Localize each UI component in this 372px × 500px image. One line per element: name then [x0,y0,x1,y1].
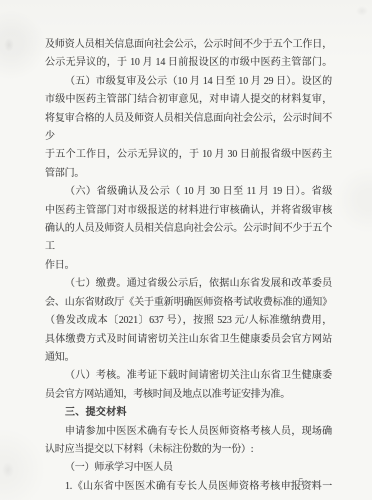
document-line: 确认的人员及师资人员相关信息向社会公示。公示时间不少于五个工 [45,220,332,257]
page-number: — 5 — [284,477,319,488]
document-line: 中医药主管部门对市级报送的材料进行审核确认，并将省级审核 [45,202,332,220]
document-line: （六）省级确认及公示（ 10 月 30 日至 11 月 19 日）。省级 [45,183,332,201]
section-heading: 三、提交材料 [45,404,332,422]
document-line: 将复审合格的人员及师资人员相关信息面向社会公示，公示时间不少 [45,110,332,147]
document-line: 通知。 [45,349,332,367]
document-line: 公示无异议的，于 10 月 14 日前报设区的市级中医药主管部门。 [45,54,332,72]
document-body: 及师资人员相关信息面向社会公示，公示时间不少于五个工作日，公示无异议的，于 10… [45,36,332,496]
document-line: （八）考核。准考证下载时间请密切关注山东省卫生健康委 [45,367,332,385]
document-line: （七）缴费。通过省级公示后，依据山东省发展和改革委员 [45,275,332,293]
document-line: 认时应当提交以下材料（未标注份数的为一份）: [45,441,332,459]
document-line: （鲁发改成本〔2021〕637 号），按照 523 元/人标准缴纳费用， [45,312,332,330]
document-line: 具体缴费方式及时间请密切关注山东省卫生健康委员会官方网站 [45,331,332,349]
document-line: （五）市级复审及公示（10 月 14 日至 10 月 29 日）。设区的 [45,73,332,91]
document-line: 于五个工作日，公示无异议的，于 10 月 30 日前报省级中医药主 [45,146,332,164]
document-line: 会、山东省财政厅《关于重新明确医师资格考试收费标准的通知》 [45,294,332,312]
document-line: 作日。 [45,257,332,275]
scan-smudge [356,6,368,16]
document-line: 市级中医药主管部门结合初审意见，对申请人提交的材料复审， [45,91,332,109]
scan-smudge [4,38,14,52]
document-line: 及师资人员相关信息面向社会公示，公示时间不少于五个工作日， [45,36,332,54]
document-line: 管部门。 [45,165,332,183]
document-line: （一）师承学习中医人员 [45,459,332,477]
document-line: 员会官方网站通知，考核时间及地点以准考证安排为准。 [45,386,332,404]
scan-smudge [2,462,14,478]
document-line: 申请参加中医医术确有专长人员医师资格考核人员，现场确 [45,423,332,441]
document-page: 及师资人员相关信息面向社会公示，公示时间不少于五个工作日，公示无异议的，于 10… [0,0,372,500]
